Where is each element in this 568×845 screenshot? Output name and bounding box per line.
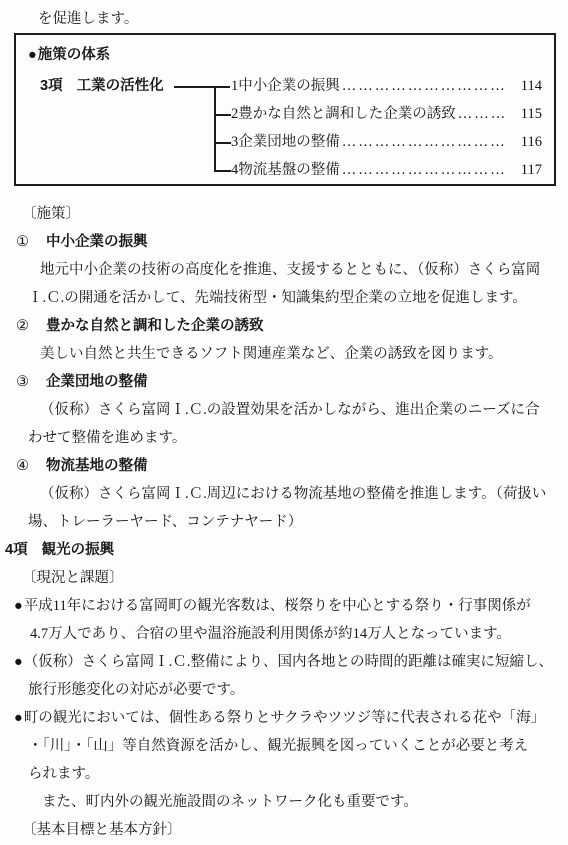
toc-page-number: 116: [510, 132, 542, 152]
tree-connector-line: [174, 86, 230, 88]
circled-number: ④: [16, 458, 29, 474]
tree-trunk-line: [214, 86, 216, 172]
body-line: 地元中小企業の技術の高度化を推進、支援するとともに、（仮称）さくら富岡: [0, 256, 568, 284]
body-line: （仮称）さくら富岡Ｉ.Ｃ.周辺における物流基地の整備を推進します。（荷扱い: [0, 480, 568, 508]
section4-title: 観光の振興: [42, 542, 115, 558]
shisaku-item-title: 豊かな自然と調和した企業の誘致: [46, 318, 264, 334]
toc-page-number: 117: [510, 160, 542, 180]
branch-label: 3項: [40, 78, 63, 94]
toc-leader-dots: ……………………………………………………: [342, 76, 504, 96]
bullet-icon: ●: [28, 47, 37, 63]
toc-page-number: 114: [510, 76, 542, 96]
branch-title: 工業の活性化: [77, 78, 164, 94]
policy-system-box: ●施策の体系 3項工業の活性化 1中小企業の振興……………………………………………: [14, 33, 556, 186]
body-line: 町の観光においては、個性ある祭りとサクラやツツジ等に代表される花や「海」: [24, 710, 545, 726]
toc-leader-dots: ……………………………………………………: [458, 104, 504, 124]
toc-item-label: 3企業団地の整備: [231, 132, 340, 152]
toc-row: 4物流基盤の整備……………………………………………………117: [231, 160, 542, 180]
body-line: （仮称）さくら富岡Ｉ.Ｃ.の設置効果を活かしながら、進出企業のニーズに合: [0, 396, 568, 424]
body-line: 旅行形態変化の対応が必要です。: [0, 676, 568, 704]
shisaku-item-title: 企業団地の整備: [46, 374, 148, 390]
bullet-line: ●（仮称）さくら富岡Ｉ.Ｃ.整備により、国内各地との時間的距離は確実に短縮し、: [0, 648, 568, 676]
bullet-line: ●町の観光においては、個性ある祭りとサクラやツツジ等に代表される花や「海」: [0, 704, 568, 732]
genkyo-heading: 〔現況と課題〕: [0, 564, 568, 592]
toc-item-label: 4物流基盤の整備: [231, 160, 340, 180]
toc-row: 1中小企業の振興……………………………………………………114: [231, 76, 542, 96]
bullet-icon: ●: [14, 710, 23, 726]
toc-leader-dots: ……………………………………………………: [342, 160, 504, 180]
shisaku-item-title: 物流基地の整備: [46, 458, 148, 474]
toc-row: 3企業団地の整備……………………………………………………116: [231, 132, 542, 152]
shisaku-item-heading: ①中小企業の振興: [0, 228, 568, 256]
body-line: ・「川」・「山」等自然資源を活かし、観光振興を図っていくことが必要と考え: [0, 732, 568, 760]
body-line: 平成11年における富岡町の観光客数は、桜祭りを中心とする祭り・行事関係が: [24, 598, 531, 614]
bullet-icon: ●: [14, 654, 23, 670]
body-line: （仮称）さくら富岡Ｉ.Ｃ.整備により、国内各地との時間的距離は確実に短縮し、: [24, 654, 553, 670]
shisaku-item-heading: ③企業団地の整備: [0, 368, 568, 396]
toc-page-number: 115: [510, 104, 542, 124]
body-line: Ｉ.Ｃ.の開通を活かして、先端技術型・知識集約型企業の立地を促進します。: [0, 284, 568, 312]
toc-item-label: 1中小企業の振興: [231, 76, 340, 96]
body-line: られます。: [0, 760, 568, 788]
shisaku-item-title: 中小企業の振興: [46, 234, 148, 250]
bullet-icon: ●: [14, 598, 23, 614]
body-line: 場、トレーラーヤード、コンテナヤード）: [0, 508, 568, 536]
intro-line: を促進します。: [0, 5, 568, 33]
shisaku-item-heading: ④物流基地の整備: [0, 452, 568, 480]
body-line: わせて整備を進めます。: [0, 424, 568, 452]
kihon-heading: 〔基本目標と基本方針〕: [0, 816, 568, 844]
shisaku-item-heading: ②豊かな自然と調和した企業の誘致: [0, 312, 568, 340]
box-heading: ●施策の体系: [28, 45, 110, 65]
bullet-line: ●平成11年における富岡町の観光客数は、桜祭りを中心とする祭り・行事関係が: [0, 592, 568, 620]
tree-branch-line: [214, 170, 231, 172]
document-page: を促進します。 ●施策の体系 3項工業の活性化 1中小企業の振興………………………: [0, 0, 568, 845]
toc-row: 2豊かな自然と調和した企業の誘致……………………………………………………115: [231, 104, 542, 124]
toc-item-label: 2豊かな自然と調和した企業の誘致: [231, 104, 456, 124]
circled-number: ②: [16, 318, 29, 334]
toc-leader-dots: ……………………………………………………: [342, 132, 504, 152]
body-line: 4.7万人であり、合宿の里や温浴施設利用関係が約14万人となっています。: [0, 620, 568, 648]
body-line: また、町内外の観光施設間のネットワーク化も重要です。: [0, 788, 568, 816]
body-line: 美しい自然と共生できるソフト関連産業など、企業の誘致を図ります。: [0, 340, 568, 368]
circled-number: ①: [16, 234, 29, 250]
box-heading-text: 施策の体系: [38, 47, 111, 63]
shisaku-heading: 〔施策〕: [0, 200, 568, 228]
section4-label: 4項: [5, 542, 28, 558]
branch-heading: 3項工業の活性化: [40, 76, 164, 96]
tree-branch-line: [214, 142, 231, 144]
circled-number: ③: [16, 374, 29, 390]
tree-branch-line: [214, 114, 231, 116]
section4-heading: 4項観光の振興: [0, 536, 568, 564]
